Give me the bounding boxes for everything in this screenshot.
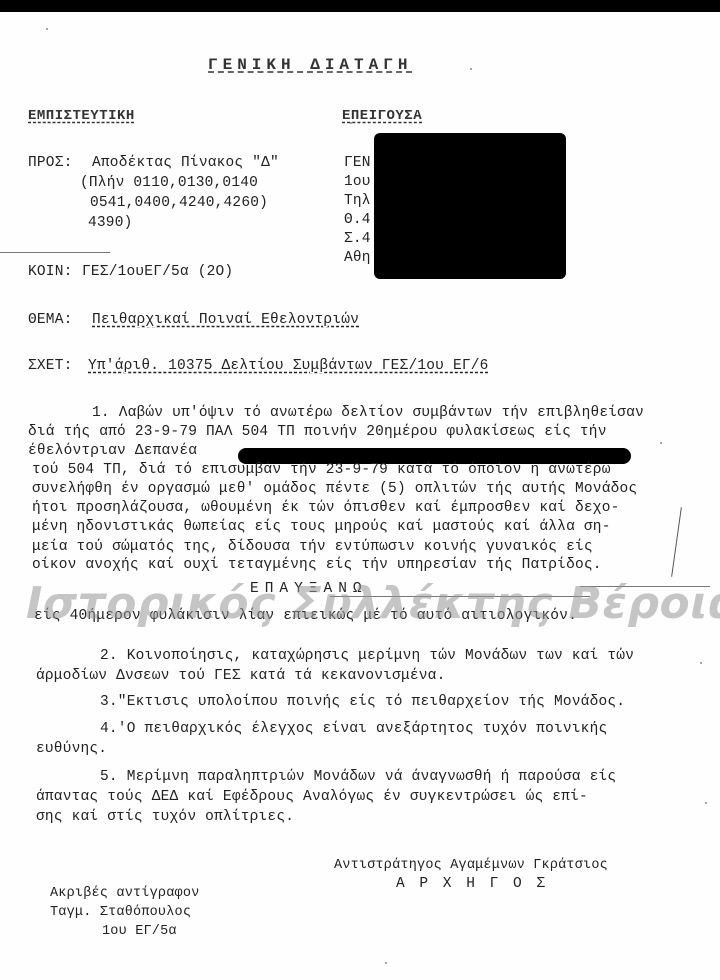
recipient-line: (Πλήν 0110,0130,0140 xyxy=(80,175,258,191)
document-title: ΓΕΝΙΚΗ ΔΙΑΤΑΓΗ xyxy=(208,56,412,74)
scan-speck xyxy=(700,662,702,664)
paragraph-1-line: έθελόντριαν Δεπανέα xyxy=(28,443,197,459)
subject-value: Πειθαρχικαί Ποιναί Εθελοντριών xyxy=(92,312,359,328)
recipient-label: ΠΡΟΣ: xyxy=(28,155,73,171)
sender-fragment: Τηλ xyxy=(344,193,371,209)
paragraph-1-line: μεία τού σώματός της, δίδουσα τήν εντύπω… xyxy=(32,539,593,555)
certified-copy-line: Ακριβές αντίγραφον xyxy=(50,886,199,901)
paragraph-4-line: ευθύνης. xyxy=(36,741,107,757)
paragraph-1-line: συνελήφθη έν οργασμώ μεθ' ομάδος πέντε (… xyxy=(32,481,637,497)
certified-copy-line: 1ου ΕΓ/5α xyxy=(102,924,177,939)
reference-value: Υπ'άριθ. 10375 Δελτίου Συμβάντων ΓΕΣ/1ου… xyxy=(88,358,489,374)
certified-copy-line: Ταγμ. Σταθόπουλος xyxy=(50,905,191,920)
increase-line: είς 40ήμερον φυλάκισιν λίαν επιεικώς μέ … xyxy=(34,608,577,624)
scan-speck xyxy=(350,122,352,124)
recipient-line: 0541,0400,4240,4260) xyxy=(90,195,268,211)
scan-artifact-line xyxy=(0,252,110,253)
paragraph-2-line: 2. Κοινοποίησις, καταχώρησις μερίμνη τών… xyxy=(100,648,634,664)
sender-fragment: Θ.4 xyxy=(344,212,371,228)
increase-heading: ΕΠΑΥΞΑΝΩ xyxy=(250,581,368,597)
scan-speck xyxy=(46,28,48,30)
distribution-value: ΓΕΣ/1ουΕΓ/5α (2Ο) xyxy=(82,264,233,280)
sender-fragment: 1ου xyxy=(344,174,371,190)
paragraph-1-line: οίκον ανοχής καί ουχί τεταγμένης είς τήν… xyxy=(32,557,602,573)
paragraph-3: 3."Εκτισις υπολοίπου ποινής είς τό πειθα… xyxy=(100,694,625,710)
scanned-document-page: ΓΕΝΙΚΗ ΔΙΑΤΑΓΗ ΕΜΠΙΣΤΕΥΤΙΚΗ ΕΠΕΙΓΟΥΣΑ ΠΡ… xyxy=(0,12,720,980)
urgency-label: ΕΠΕΙΓΟΥΣΑ xyxy=(342,108,422,124)
signatory-name: Αντιστράτηγος Αγαμέμνων Γκράτσιος xyxy=(334,858,608,873)
redaction-box xyxy=(374,133,566,279)
subject-label: ΘΕΜΑ: xyxy=(28,312,73,328)
paragraph-1-line: διά τής από 23-9-79 ΠΑΛ 504 ΤΠ ποινήν 20… xyxy=(28,424,607,440)
top-black-bar xyxy=(0,0,720,12)
paragraph-5-line: σης καί στίς τυχόν οπλίτριες. xyxy=(36,809,294,825)
recipient-line: Αποδέκτας Πίνακος "Δ" xyxy=(92,155,279,171)
paragraph-1-line: τού 504 ΤΠ, διά τό επισυμβάν τήν 23-9-79… xyxy=(32,462,611,478)
recipient-line: 4390) xyxy=(88,215,133,231)
paragraph-1-line: ήτοι προσηλάζουσα, ωθουμένη έκ τών όπισθ… xyxy=(32,500,620,516)
paragraph-5-line: 5. Μερίμνη παραληπτριών Μονάδων νά άναγν… xyxy=(100,769,616,785)
scan-speck xyxy=(385,962,387,964)
classification-label: ΕΜΠΙΣΤΕΥΤΙΚΗ xyxy=(28,108,135,124)
scan-speck xyxy=(470,68,472,70)
paragraph-2-line: άρμοδίων Δνσεων τού ΓΕΣ κατά τά κεκανονι… xyxy=(36,668,445,684)
scan-speck xyxy=(660,442,662,444)
reference-label: ΣΧΕΤ: xyxy=(28,358,73,374)
paragraph-1-line: μένη ηδονιστικάς θωπείας είς τους μηρούς… xyxy=(32,519,611,535)
paragraph-5-line: άπαντας τούς ΔΕΔ καί Εφέδρους Αναλόγως έ… xyxy=(36,789,588,805)
distribution-label: ΚΟΙΝ: xyxy=(28,264,73,280)
sender-fragment: Σ.4 xyxy=(344,231,371,247)
scan-speck xyxy=(705,802,707,804)
paragraph-4-line: 4.'Ο πειθαρχικός έλεγχος είναι ανεξάρτητ… xyxy=(100,721,607,737)
scan-artifact-line xyxy=(330,596,590,597)
signatory-title: Α Ρ Χ Η Γ Ο Σ xyxy=(396,876,548,892)
sender-fragment: Αθη xyxy=(344,250,371,266)
margin-mark xyxy=(671,507,682,576)
paragraph-1-line: 1. Λαβών υπ'όψιν τό ανωτέρω δελτίον συμβ… xyxy=(92,405,644,421)
scan-artifact-line xyxy=(580,586,710,587)
sender-fragment: ΓΕΝ xyxy=(344,155,371,171)
